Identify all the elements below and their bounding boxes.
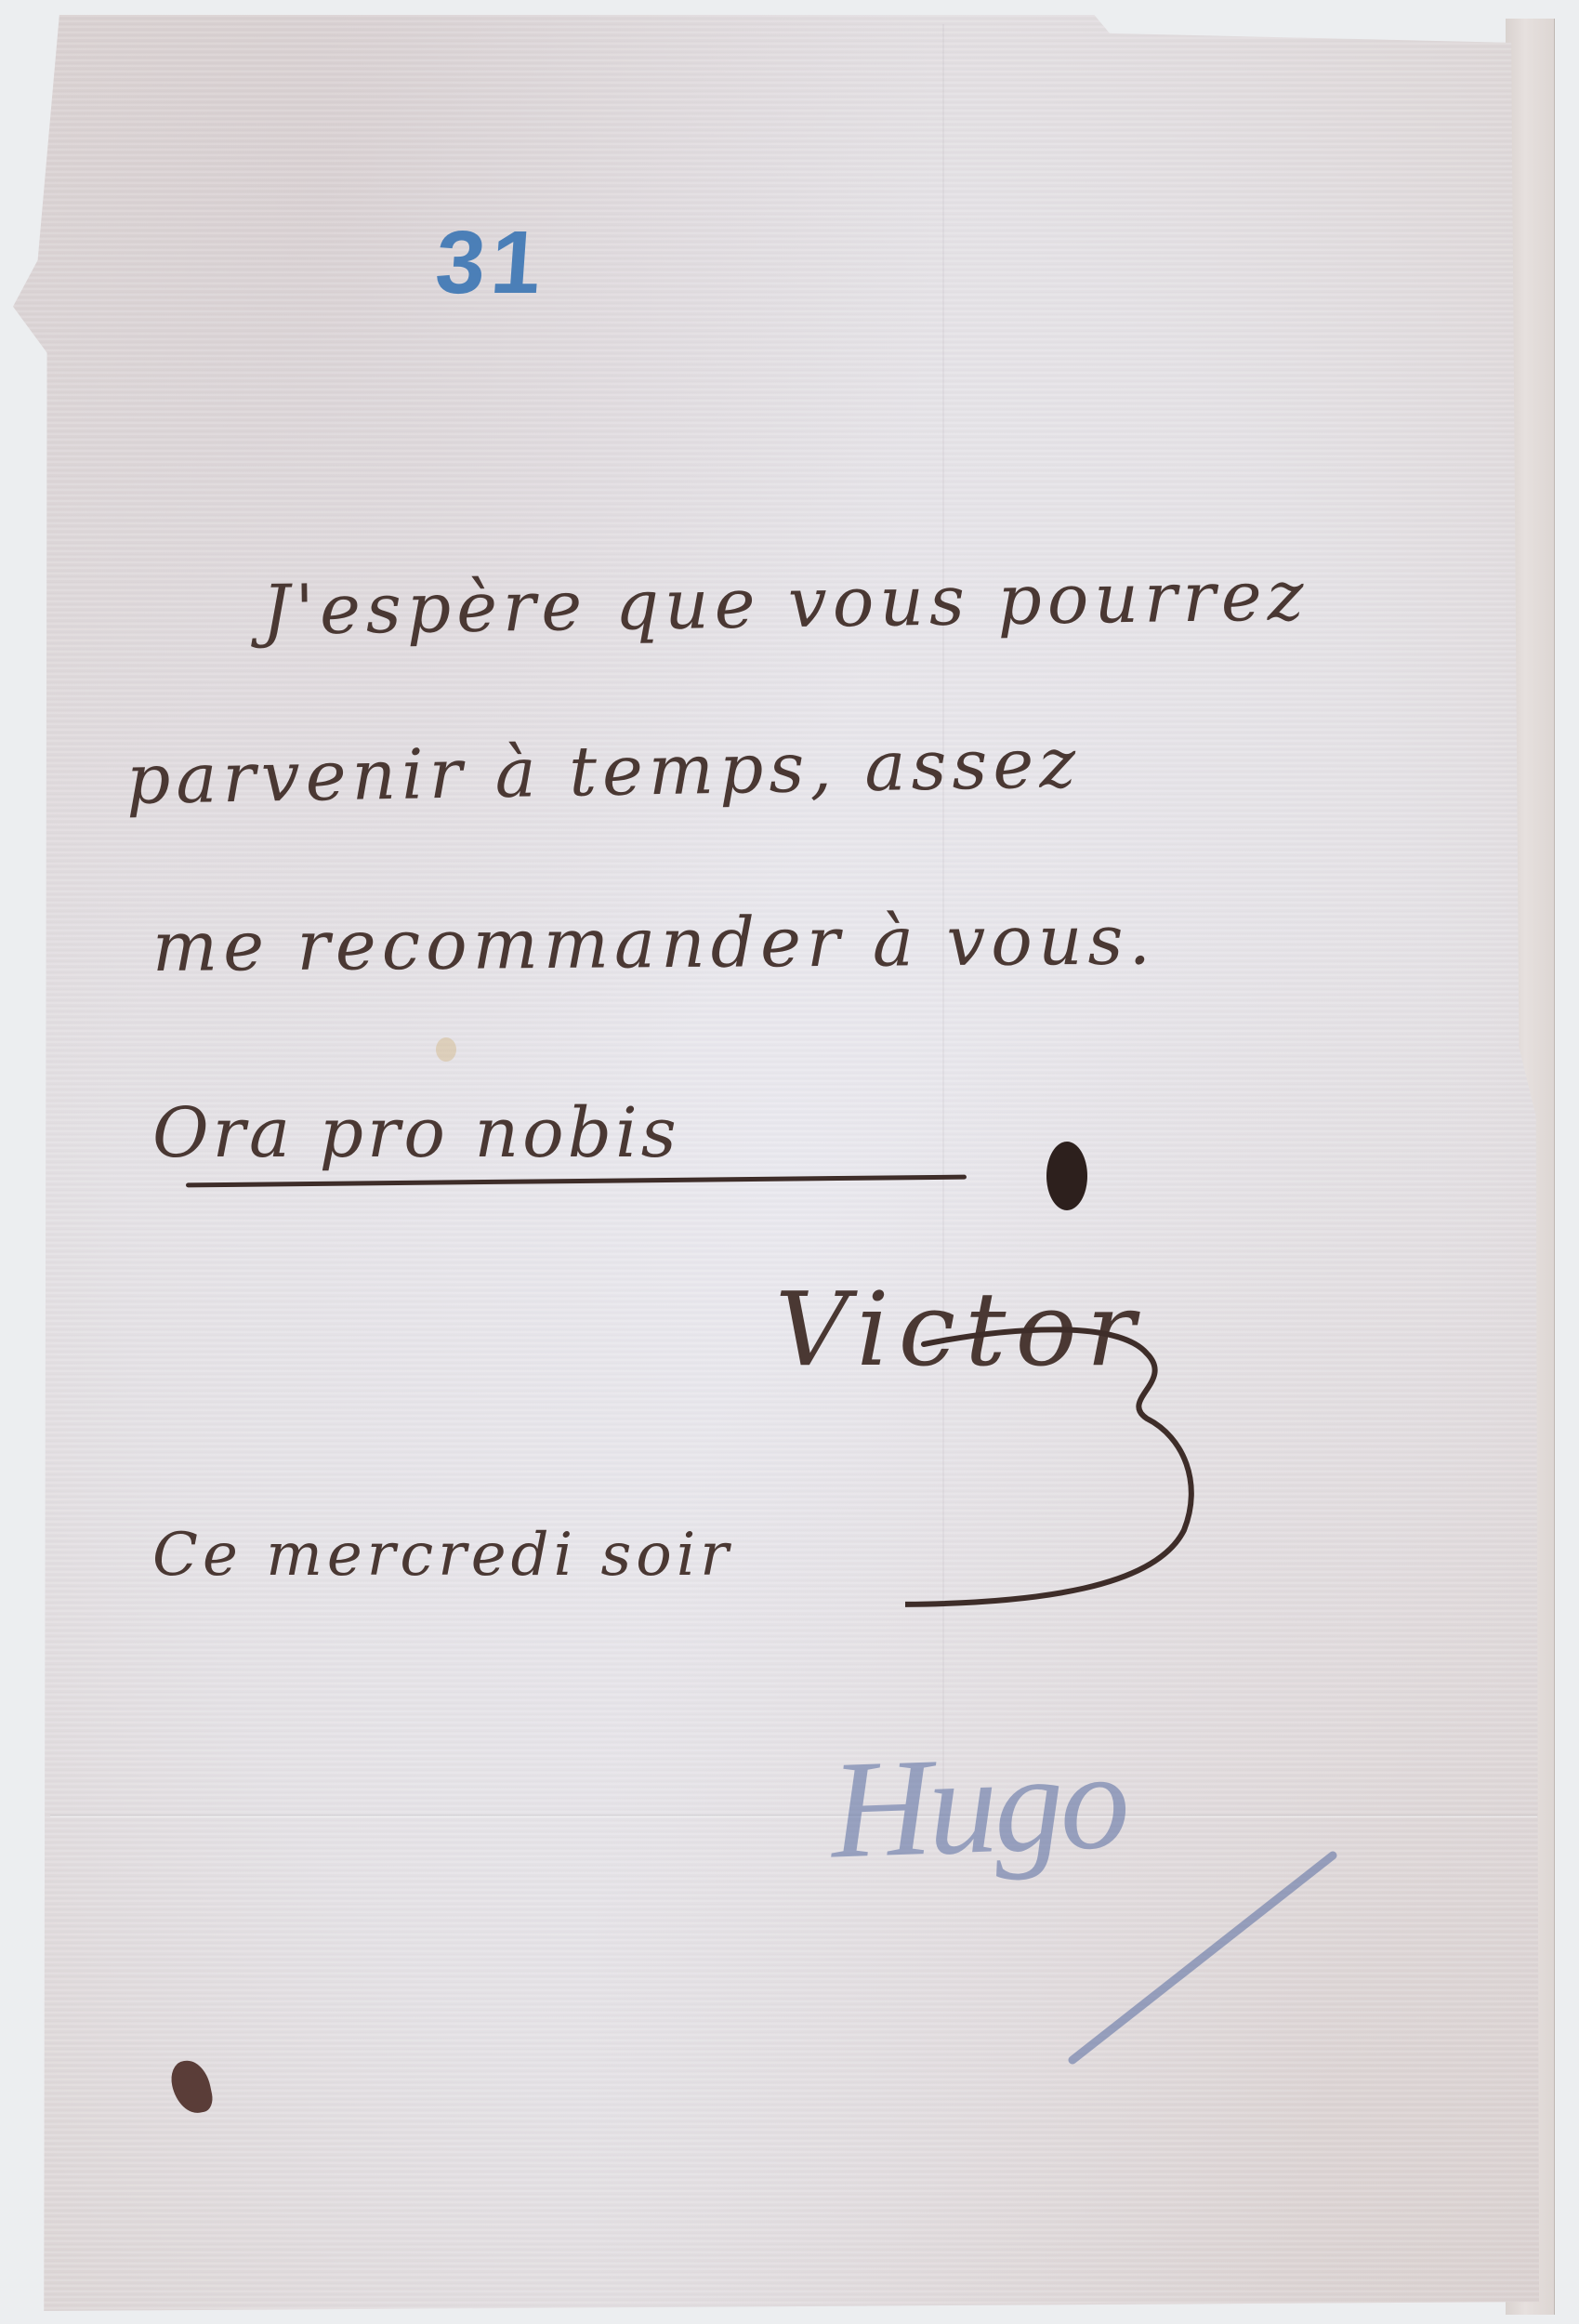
date-line: Ce mercredi soir (152, 1521, 733, 1590)
pencil-stroke (1063, 1846, 1342, 2069)
letter-line-3: me recommander à vous. (152, 900, 1157, 987)
ink-spot (167, 2056, 215, 2117)
signature-flourish (905, 1326, 1277, 1623)
underlined-phrase: Ora pro nobis (152, 1093, 680, 1173)
paper-stain (436, 1037, 456, 1062)
document-viewer: 31 J'espère que vous pourrez parvenir à … (0, 0, 1579, 2324)
letter-line-1: J'espère que vous pourrez (261, 556, 1309, 651)
letter-page: 31 J'espère que vous pourrez parvenir à … (13, 6, 1558, 2320)
horizontal-fold (50, 1815, 1537, 1817)
ink-blot (1046, 1142, 1087, 1210)
letter-line-2: parvenir à temps, assez (125, 723, 1082, 820)
phrase-underline (186, 1175, 967, 1188)
archive-number: 31 (432, 212, 549, 314)
